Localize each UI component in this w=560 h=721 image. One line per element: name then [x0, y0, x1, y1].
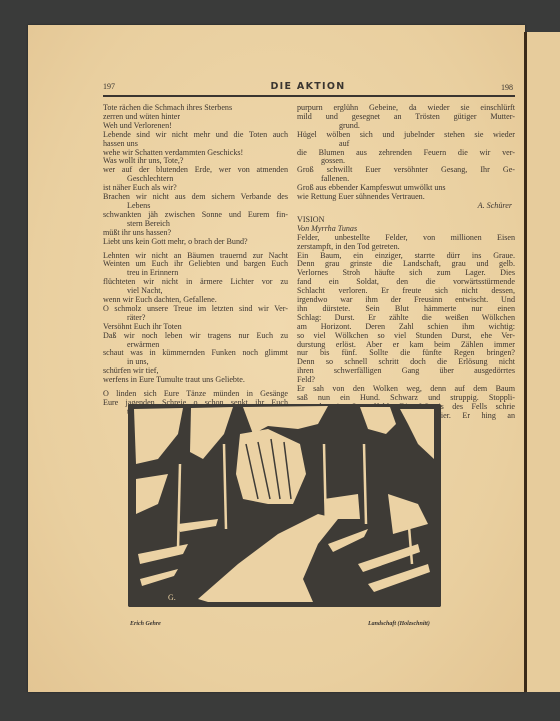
- poem-author: A. Schürer: [297, 202, 515, 211]
- left-column-poem: Tote rächen die Schmach ihres Sterbens z…: [103, 104, 288, 417]
- adjacent-page-edge: [527, 32, 560, 692]
- right-column: purpurn erglühn Gebeine, da wieder sie e…: [297, 104, 515, 421]
- page-number-right: 198: [501, 83, 513, 92]
- prose-line: ihren schwerfälligen Gang über ausgedörr…: [297, 367, 515, 376]
- landscape-woodcut-image: G.: [128, 404, 441, 607]
- header-rule: [103, 95, 515, 97]
- page-header: 197 DIE AKTION 198: [103, 80, 513, 96]
- magazine-title: DIE AKTION: [103, 81, 513, 92]
- illustration-title-caption: Landschaft (Holzschnitt): [368, 621, 430, 627]
- poem-line: Liebt uns kein Gott mehr, o brach der Bu…: [103, 238, 288, 247]
- artist-caption: Erich Gehre: [130, 621, 161, 627]
- poem-line: Hügel wölben sich und jubelnder stehen s…: [297, 131, 515, 140]
- woodcut-illustration: G.: [128, 404, 441, 607]
- poem-line: werfens in Eure Tumulte traut uns Gelieb…: [103, 376, 288, 385]
- poem-line: mild und gesegnet an Trösten gütiger Mut…: [297, 113, 515, 122]
- artist-monogram: G.: [168, 593, 176, 602]
